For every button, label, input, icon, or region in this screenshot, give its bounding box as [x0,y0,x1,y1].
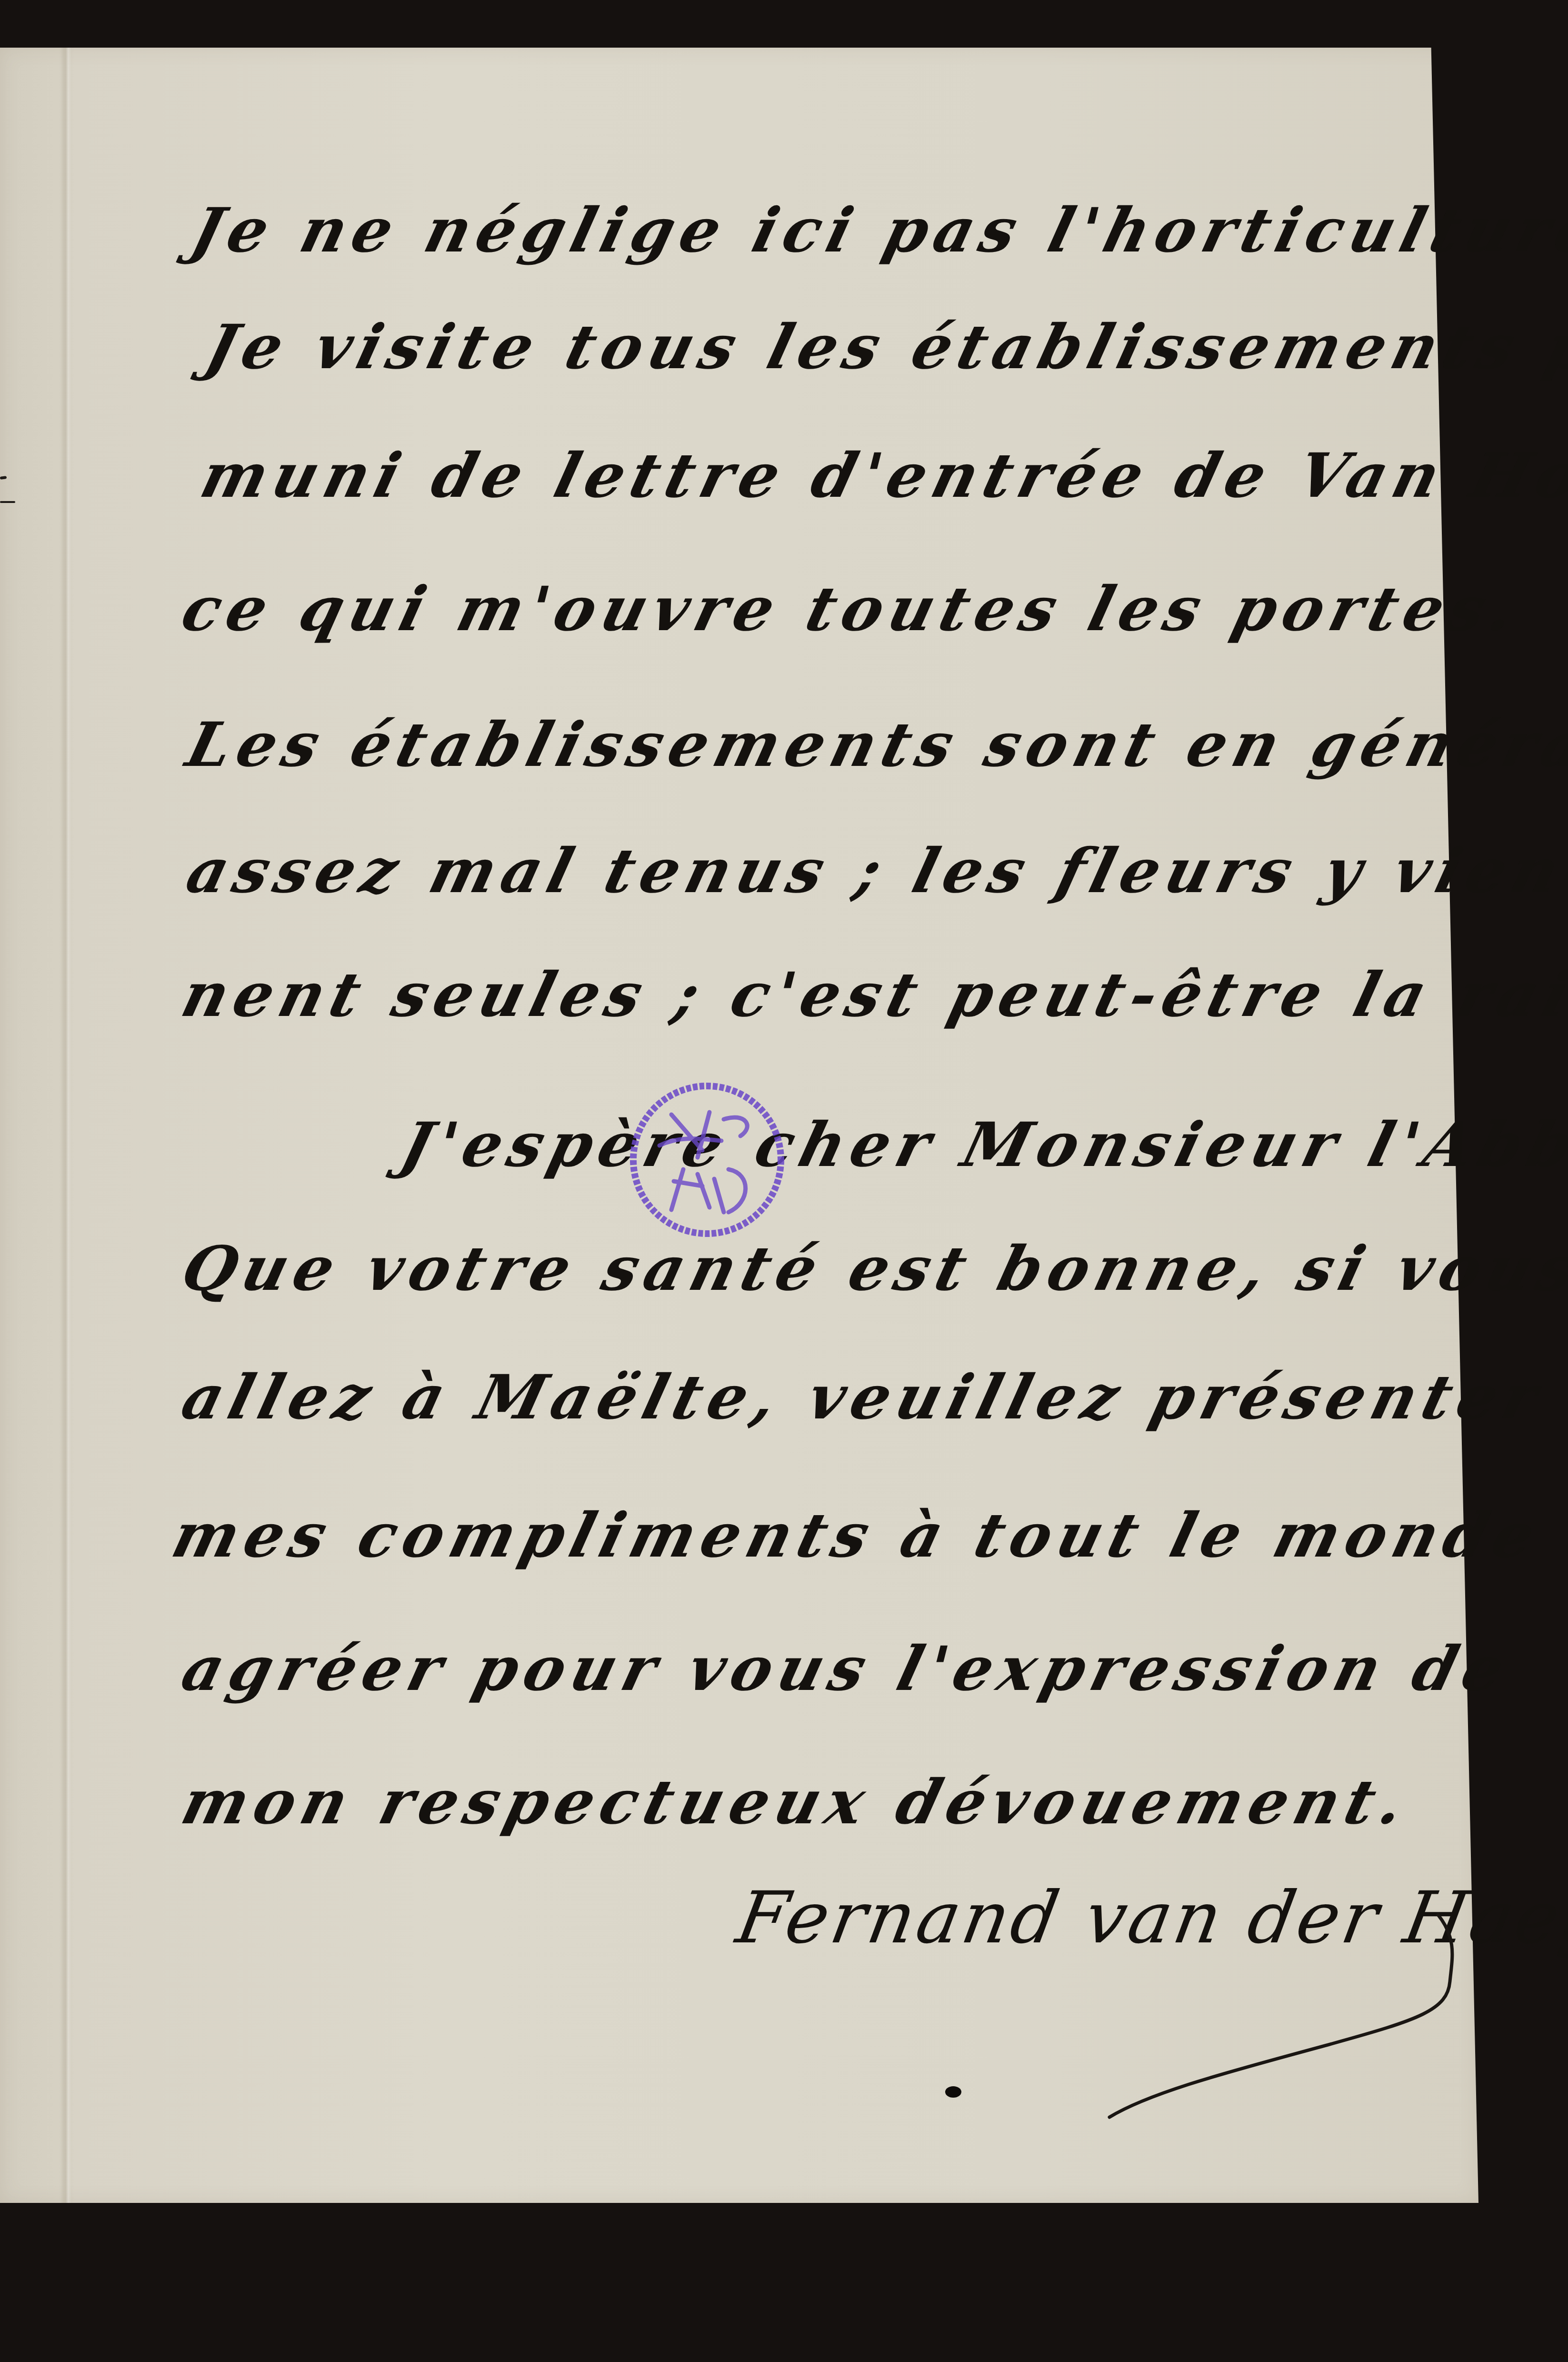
letter-line: ce qui m'ouvre toutes les portes. [176,579,1526,640]
signature-flourish [952,1905,1476,2124]
letter-line: agréer pour vous l'expression de [176,1638,1517,1699]
letter-line: Les établissements sont en général [181,714,1568,775]
letter-line: Que votre santé est bonne, si vous [176,1238,1568,1299]
library-stamp-icon [626,1079,788,1241]
letter-line: assez mal tenus ; les fleurs y vien- [181,841,1568,902]
scanned-letter: Je ne néglige ici pas l'horticulture Je … [0,0,1568,2362]
letter-line: allez à Maëlte, veuillez présenter [176,1367,1550,1428]
margin-ink-mark [0,501,15,503]
letter-line: muni de lettre d'entrée de Van Houtte [195,445,1568,506]
letter-line: J'espère cher Monsieur l'Abbé [395,1115,1568,1176]
letter-line: mon respectueux dévouement. [176,1772,1417,1833]
paper-fold-crease [61,48,71,2203]
letter-line: Je visite tous les établissements possib… [200,317,1568,378]
letter-line: mes compliments à tout le monde et [167,1505,1568,1566]
letter-line: nent seules ; c'est peut-être la raison. [176,965,1568,1025]
ink-blot [945,2086,961,2098]
letter-line: Je ne néglige ici pas l'horticulture [186,200,1568,261]
